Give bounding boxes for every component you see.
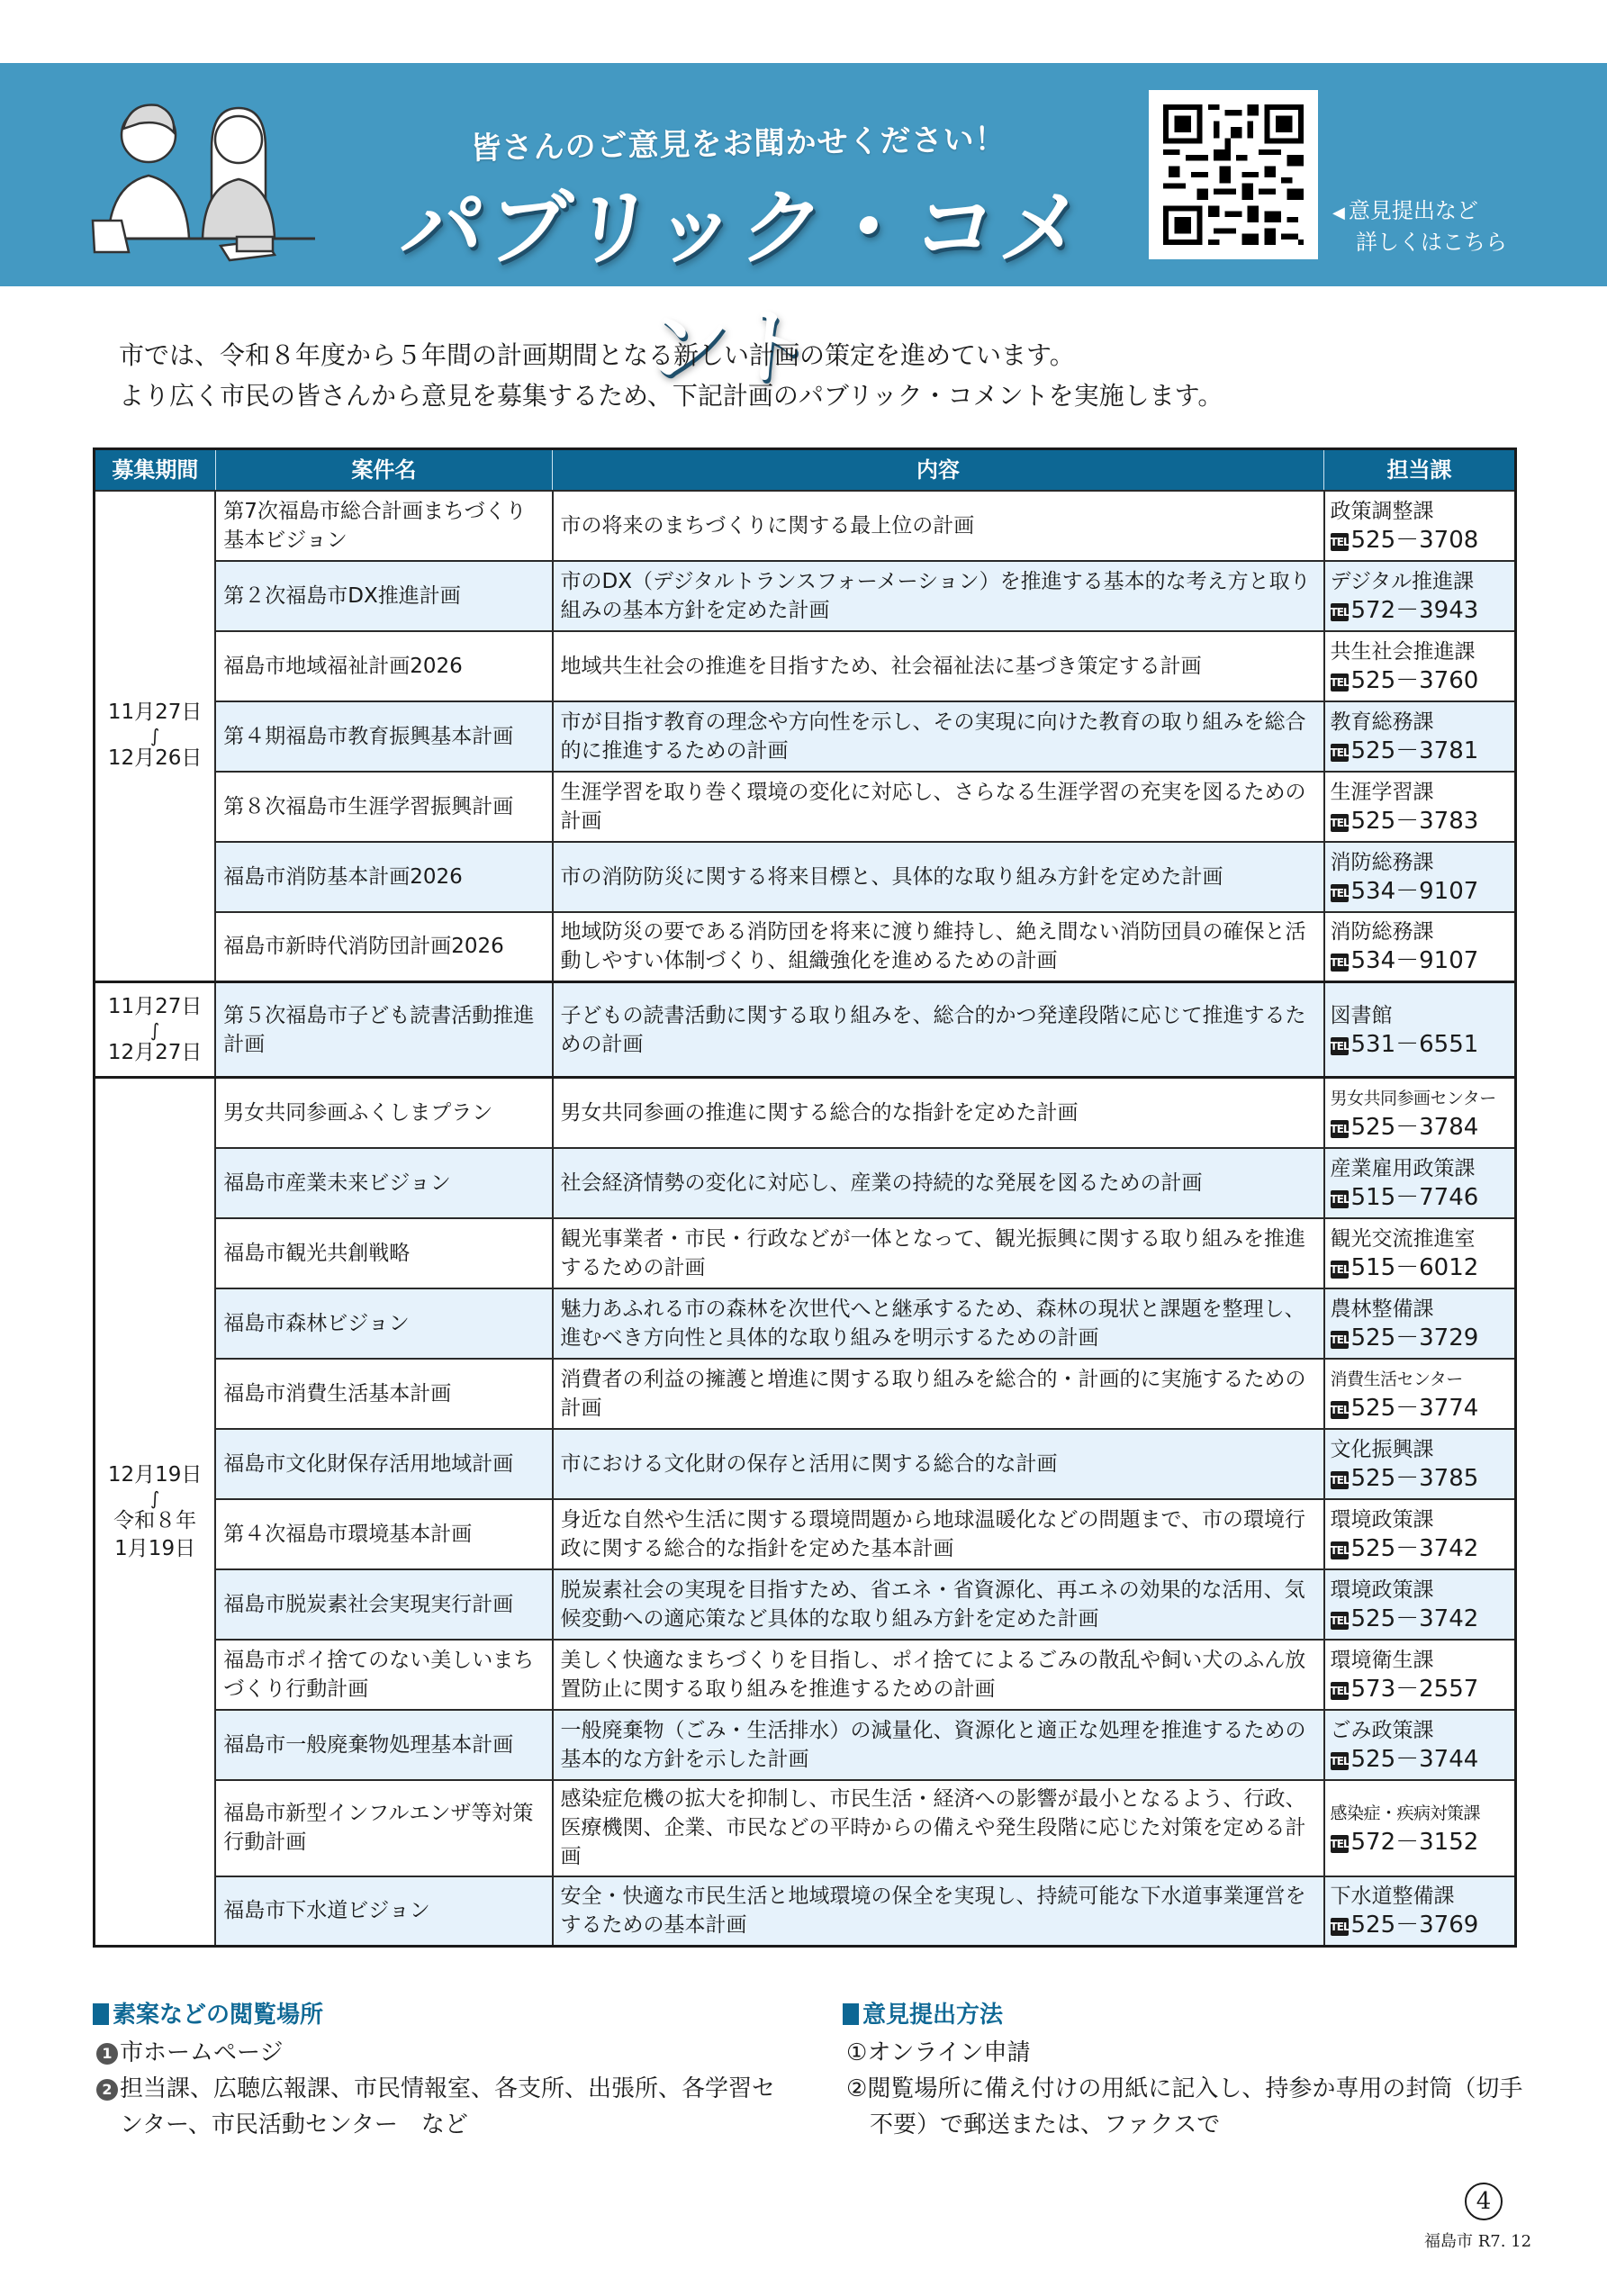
phone-number: 525－3742 [1351, 1535, 1479, 1562]
plan-name-cell: 福島市脱炭素社会実現実行計画 [215, 1569, 552, 1640]
period-end: 12月26日 [97, 745, 212, 773]
period-end-year: 令和８年 [97, 1507, 212, 1535]
department-name: 観光交流推進室 [1331, 1225, 1509, 1253]
department-cell: 教育総務課TEL525－3781 [1324, 701, 1516, 772]
qr-caption-line1: 意見提出など [1349, 198, 1478, 223]
telephone-icon: TEL [1331, 884, 1349, 902]
plan-name-cell: 福島市消防基本計画2026 [215, 842, 552, 912]
plan-content-cell: 社会経済情勢の変化に対応し、産業の持続的な発展を図るための計画 [553, 1148, 1324, 1218]
department-name: 男女共同参画センター [1331, 1084, 1509, 1113]
department-name: 政策調整課 [1331, 497, 1509, 526]
table-row: 第４期福島市教育振興基本計画市が目指す教育の理念や方向性を示し、その実現に向けた… [95, 701, 1516, 772]
table-row: 福島市観光共創戦略観光事業者・市民・行政などが一体となって、観光振興に関する取り… [95, 1218, 1516, 1288]
issue-label: 福島市 R7. 12 [1424, 2228, 1531, 2252]
department-cell: 生涯学習課TEL525－3783 [1324, 772, 1516, 842]
plan-content-cell: 安全・快適な市民生活と地域環境の保全を実現し、持続可能な下水道事業運営をするため… [553, 1876, 1324, 1947]
department-phone: TEL572－3152 [1331, 1828, 1509, 1857]
table-row: 福島市一般廃棄物処理基本計画一般廃棄物（ごみ・生活排水）の減量化、資源化と適正な… [95, 1710, 1516, 1780]
plan-name-cell: 福島市地域福祉計画2026 [215, 631, 552, 701]
department-phone: TEL572－3943 [1331, 596, 1509, 625]
phone-number: 525－3785 [1351, 1465, 1479, 1492]
period-end: 1月19日 [97, 1535, 212, 1563]
submission-item-1: ①オンライン申請 [843, 2035, 1545, 2071]
department-cell: 文化振興課TEL525－3785 [1324, 1429, 1516, 1499]
intro-text: 市では、令和８年度から５年間の計画期間となる新しい計画の策定を進めています。 よ… [119, 335, 1223, 416]
department-cell: 環境衛生課TEL573－2557 [1324, 1640, 1516, 1710]
phone-number: 515－7746 [1351, 1184, 1479, 1211]
period-cell: 11月27日∫12月26日 [95, 491, 216, 982]
department-phone: TEL525－3742 [1331, 1534, 1509, 1563]
plan-name-cell: 福島市下水道ビジョン [215, 1876, 552, 1947]
plan-name-cell: 第４次福島市環境基本計画 [215, 1499, 552, 1569]
plan-name-cell: 福島市森林ビジョン [215, 1288, 552, 1359]
intro-line-1: 市では、令和８年度から５年間の計画期間となる新しい計画の策定を進めています。 [119, 335, 1223, 375]
department-name: 生涯学習課 [1331, 778, 1509, 807]
column-header-department: 担当課 [1324, 449, 1516, 491]
department-cell: 環境政策課TEL525－3742 [1324, 1499, 1516, 1569]
telephone-icon: TEL [1331, 1120, 1349, 1138]
plan-name-cell: 福島市観光共創戦略 [215, 1218, 552, 1288]
table-row: 12月19日∫令和８年1月19日男女共同参画ふくしまプラン男女共同参画の推進に関… [95, 1078, 1516, 1148]
qr-code[interactable] [1149, 90, 1318, 259]
department-phone: TEL525－3769 [1331, 1911, 1509, 1939]
qr-caption: ◀意見提出など 詳しくはこちら [1332, 196, 1507, 257]
department-cell: 観光交流推進室TEL515－6012 [1324, 1218, 1516, 1288]
viewing-item-1: 1市ホームページ [93, 2035, 795, 2071]
department-name: 文化振興課 [1331, 1435, 1509, 1464]
table-row: 福島市森林ビジョン魅力あふれる市の森林を次世代へと継承するため、森林の現状と課題… [95, 1288, 1516, 1359]
plan-name-cell: 第５次福島市子ども読書活動推進計画 [215, 982, 552, 1078]
phone-number: 534－9107 [1351, 947, 1479, 974]
column-header-period: 募集期間 [95, 449, 216, 491]
left-arrow-icon: ◀ [1332, 203, 1345, 222]
square-bullet-icon [843, 2003, 859, 2025]
plan-content-cell: 男女共同参画の推進に関する総合的な指針を定めた計画 [553, 1078, 1324, 1148]
telephone-icon: TEL [1331, 1612, 1349, 1630]
square-bullet-icon [93, 2003, 109, 2025]
plan-content-cell: 感染症危機の拡大を抑制し、市民生活・経済への影響が最小となるよう、行政、医療機関… [553, 1780, 1324, 1876]
department-phone: TEL525－3785 [1331, 1464, 1509, 1493]
column-header-name: 案件名 [215, 449, 552, 491]
telephone-icon: TEL [1331, 1918, 1349, 1936]
table-row: 福島市ポイ捨てのない美しいまちづくり行動計画美しく快適なまちづくりを目指し、ポイ… [95, 1640, 1516, 1710]
department-phone: TEL525－3708 [1331, 526, 1509, 555]
plan-name-cell: 福島市文化財保存活用地域計画 [215, 1429, 552, 1499]
department-phone: TEL525－3760 [1331, 666, 1509, 695]
table-row: 福島市下水道ビジョン安全・快適な市民生活と地域環境の保全を実現し、持続可能な下水… [95, 1876, 1516, 1947]
table-row: 11月27日∫12月26日第7次福島市総合計画まちづくり基本ビジョン市の将来のま… [95, 491, 1516, 561]
phone-number: 515－6012 [1351, 1254, 1479, 1281]
telephone-icon: TEL [1331, 1835, 1349, 1853]
phone-number: 525－3783 [1351, 808, 1479, 835]
plan-content-cell: 市における文化財の保存と活用に関する総合的な計画 [553, 1429, 1324, 1499]
table-body: 11月27日∫12月26日第7次福島市総合計画まちづくり基本ビジョン市の将来のま… [95, 491, 1516, 1947]
public-comment-table: 募集期間 案件名 内容 担当課 11月27日∫12月26日第7次福島市総合計画ま… [93, 447, 1517, 1948]
phone-number: 572－3152 [1351, 1829, 1479, 1856]
phone-number: 525－3742 [1351, 1605, 1479, 1632]
department-phone: TEL525－3783 [1331, 807, 1509, 836]
range-mark-icon: ∫ [97, 1489, 212, 1507]
telephone-icon: TEL [1331, 1541, 1349, 1559]
viewing-item-2: 2担当課、広聴広報課、市民情報室、各支所、出張所、各学習センター、市民活動センタ… [93, 2071, 795, 2143]
plan-content-cell: 市の消防防災に関する将来目標と、具体的な取り組み方針を定めた計画 [553, 842, 1324, 912]
period-cell: 11月27日∫12月27日 [95, 982, 216, 1078]
qr-code-icon [1163, 104, 1304, 245]
table-row: 福島市産業未来ビジョン社会経済情勢の変化に対応し、産業の持続的な発展を図るための… [95, 1148, 1516, 1218]
period-end: 12月27日 [97, 1039, 212, 1067]
plan-content-cell: 市の将来のまちづくりに関する最上位の計画 [553, 491, 1324, 561]
department-cell: 産業雇用政策課TEL515－7746 [1324, 1148, 1516, 1218]
phone-number: 573－2557 [1351, 1676, 1479, 1703]
submission-item-2: ②閲覧場所に備え付けの用紙に記入し、持参か専用の封筒（切手不要）で郵送または、フ… [843, 2071, 1545, 2143]
table-row: 福島市消費生活基本計画消費者の利益の擁護と増進に関する取り組みを総合的・計画的に… [95, 1359, 1516, 1429]
telephone-icon: TEL [1331, 1682, 1349, 1700]
department-cell: 感染症・疾病対策課TEL572－3152 [1324, 1780, 1516, 1876]
department-name: 図書館 [1331, 1001, 1509, 1030]
period-start: 11月27日 [97, 699, 212, 727]
page-number: 4 [1465, 2183, 1503, 2220]
department-cell: 共生社会推進課TEL525－3760 [1324, 631, 1516, 701]
table-row: 福島市地域福祉計画2026地域共生社会の推進を目指すため、社会福祉法に基づき策定… [95, 631, 1516, 701]
telephone-icon: TEL [1331, 1331, 1349, 1349]
period-cell: 12月19日∫令和８年1月19日 [95, 1078, 216, 1947]
department-name: 環境政策課 [1331, 1576, 1509, 1604]
plan-name-cell: 福島市消費生活基本計画 [215, 1359, 552, 1429]
department-phone: TEL534－9107 [1331, 946, 1509, 975]
department-name: 消防総務課 [1331, 848, 1509, 877]
phone-number: 525－3784 [1351, 1114, 1479, 1141]
header-banner: 皆さんのご意見をお聞かせください！ パブリック・コメント ◀意 [0, 63, 1607, 286]
telephone-icon: TEL [1331, 954, 1349, 972]
department-cell: 政策調整課TEL525－3708 [1324, 491, 1516, 561]
department-cell: 農林整備課TEL525－3729 [1324, 1288, 1516, 1359]
qr-caption-line2: 詳しくはこちら [1332, 228, 1507, 257]
plan-name-cell: 福島市新時代消防団計画2026 [215, 912, 552, 982]
plan-name-cell: 第８次福島市生涯学習振興計画 [215, 772, 552, 842]
department-phone: TEL573－2557 [1331, 1675, 1509, 1704]
department-cell: 環境政策課TEL525－3742 [1324, 1569, 1516, 1640]
telephone-icon: TEL [1331, 1261, 1349, 1279]
department-cell: 男女共同参画センターTEL525－3784 [1324, 1078, 1516, 1148]
table-row: 第４次福島市環境基本計画身近な自然や生活に関する環境問題から地球温暖化などの問題… [95, 1499, 1516, 1569]
submission-heading: 意見提出方法 [843, 1997, 1545, 2033]
number-badge-icon: 2 [96, 2079, 118, 2101]
plan-name-cell: 男女共同参画ふくしまプラン [215, 1078, 552, 1148]
table-row: 第２次福島市DX推進計画市のDX（デジタルトランスフォーメーション）を推進する基… [95, 561, 1516, 631]
department-cell: 消防総務課TEL534－9107 [1324, 842, 1516, 912]
table-row: 11月27日∫12月27日第５次福島市子ども読書活動推進計画子どもの読書活動に関… [95, 982, 1516, 1078]
department-name: 消防総務課 [1331, 917, 1509, 946]
telephone-icon: TEL [1331, 533, 1349, 551]
phone-number: 534－9107 [1351, 878, 1479, 905]
plan-content-cell: 脱炭素社会の実現を目指すため、省エネ・省資源化、再エネの効果的な活用、気候変動へ… [553, 1569, 1324, 1640]
telephone-icon: TEL [1331, 1471, 1349, 1489]
department-phone: TEL515－7746 [1331, 1183, 1509, 1212]
plan-content-cell: 地域防災の要である消防団を将来に渡り維持し、絶え間ない消防団員の確保と活動しやす… [553, 912, 1324, 982]
table-row: 第８次福島市生涯学習振興計画生涯学習を取り巻く環境の変化に対応し、さらなる生涯学… [95, 772, 1516, 842]
department-name: 共生社会推進課 [1331, 637, 1509, 666]
department-name: 教育総務課 [1331, 708, 1509, 737]
plan-content-cell: 一般廃棄物（ごみ・生活排水）の減量化、資源化と適正な処理を推進するための基本的な… [553, 1710, 1324, 1780]
department-phone: TEL515－6012 [1331, 1253, 1509, 1282]
department-name: デジタル推進課 [1331, 567, 1509, 596]
plan-content-cell: 地域共生社会の推進を目指すため、社会福祉法に基づき策定する計画 [553, 631, 1324, 701]
phone-number: 525－3729 [1351, 1324, 1479, 1351]
submission-methods-section: 意見提出方法 ①オンライン申請 ②閲覧場所に備え付けの用紙に記入し、持参か専用の… [843, 1997, 1545, 2143]
plan-name-cell: 福島市産業未来ビジョン [215, 1148, 552, 1218]
department-cell: デジタル推進課TEL572－3943 [1324, 561, 1516, 631]
department-name: 環境衛生課 [1331, 1646, 1509, 1675]
plan-content-cell: 市が目指す教育の理念や方向性を示し、その実現に向けた教育の取り組みを総合的に推進… [553, 701, 1324, 772]
plan-content-cell: 身近な自然や生活に関する環境問題から地球温暖化などの問題まで、市の環境行政に関す… [553, 1499, 1324, 1569]
table-row: 福島市新時代消防団計画2026地域防災の要である消防団を将来に渡り維持し、絶え間… [95, 912, 1516, 982]
department-name: 環境政策課 [1331, 1505, 1509, 1534]
department-phone: TEL534－9107 [1331, 877, 1509, 906]
number-badge-icon: 1 [96, 2043, 118, 2065]
phone-number: 572－3943 [1351, 597, 1479, 624]
department-phone: TEL531－6551 [1331, 1030, 1509, 1059]
table-row: 福島市脱炭素社会実現実行計画脱炭素社会の実現を目指すため、省エネ・省資源化、再エ… [95, 1569, 1516, 1640]
plan-name-cell: 第7次福島市総合計画まちづくり基本ビジョン [215, 491, 552, 561]
department-cell: 図書館TEL531－6551 [1324, 982, 1516, 1078]
department-cell: 下水道整備課TEL525－3769 [1324, 1876, 1516, 1947]
plan-content-cell: 生涯学習を取り巻く環境の変化に対応し、さらなる生涯学習の充実を図るための計画 [553, 772, 1324, 842]
phone-number: 525－3708 [1351, 527, 1479, 554]
phone-number: 525－3769 [1351, 1912, 1479, 1939]
plan-name-cell: 福島市新型インフルエンザ等対策行動計画 [215, 1780, 552, 1876]
period-start: 11月27日 [97, 993, 212, 1021]
range-mark-icon: ∫ [97, 1021, 212, 1039]
department-cell: 消費生活センターTEL525－3774 [1324, 1359, 1516, 1429]
department-cell: 消防総務課TEL534－9107 [1324, 912, 1516, 982]
phone-number: 525－3744 [1351, 1746, 1479, 1773]
people-discussion-illustration [86, 86, 320, 266]
department-name: 農林整備課 [1331, 1295, 1509, 1324]
department-phone: TEL525－3744 [1331, 1745, 1509, 1774]
department-name: 消費生活センター [1331, 1365, 1509, 1394]
telephone-icon: TEL [1331, 1752, 1349, 1770]
plan-name-cell: 第４期福島市教育振興基本計画 [215, 701, 552, 772]
table-row: 福島市文化財保存活用地域計画市における文化財の保存と活用に関する総合的な計画文化… [95, 1429, 1516, 1499]
department-phone: TEL525－3781 [1331, 737, 1509, 765]
phone-number: 525－3781 [1351, 737, 1479, 764]
department-phone: TEL525－3774 [1331, 1394, 1509, 1423]
plan-name-cell: 第２次福島市DX推進計画 [215, 561, 552, 631]
department-name: 感染症・疾病対策課 [1331, 1799, 1509, 1828]
plan-content-cell: 市のDX（デジタルトランスフォーメーション）を推進する基本的な考え方と取り組みの… [553, 561, 1324, 631]
telephone-icon: TEL [1331, 603, 1349, 621]
department-phone: TEL525－3784 [1331, 1113, 1509, 1142]
plan-content-cell: 消費者の利益の擁護と増進に関する取り組みを総合的・計画的に実施するための計画 [553, 1359, 1324, 1429]
phone-number: 531－6551 [1351, 1031, 1479, 1058]
intro-line-2: より広く市民の皆さんから意見を募集するため、下記計画のパブリック・コメントを実施… [119, 375, 1223, 416]
viewing-heading: 素案などの閲覧場所 [93, 1997, 795, 2033]
plan-content-cell: 魅力あふれる市の森林を次世代へと継承するため、森林の現状と課題を整理し、進むべき… [553, 1288, 1324, 1359]
telephone-icon: TEL [1331, 1401, 1349, 1419]
department-phone: TEL525－3742 [1331, 1604, 1509, 1633]
department-name: 下水道整備課 [1331, 1882, 1509, 1911]
column-header-content: 内容 [553, 449, 1324, 491]
phone-number: 525－3774 [1351, 1395, 1479, 1422]
viewing-locations-section: 素案などの閲覧場所 1市ホームページ 2担当課、広聴広報課、市民情報室、各支所、… [93, 1997, 795, 2143]
plan-name-cell: 福島市一般廃棄物処理基本計画 [215, 1710, 552, 1780]
department-name: 産業雇用政策課 [1331, 1154, 1509, 1183]
range-mark-icon: ∫ [97, 727, 212, 745]
phone-number: 525－3760 [1351, 667, 1479, 694]
telephone-icon: TEL [1331, 1190, 1349, 1208]
telephone-icon: TEL [1331, 744, 1349, 762]
banner-subtitle: 皆さんのご意見をお聞かせください！ [459, 114, 1018, 168]
table-header-row: 募集期間 案件名 内容 担当課 [95, 449, 1516, 491]
plan-name-cell: 福島市ポイ捨てのない美しいまちづくり行動計画 [215, 1640, 552, 1710]
department-name: ごみ政策課 [1331, 1716, 1509, 1745]
telephone-icon: TEL [1331, 1037, 1349, 1055]
plan-content-cell: 観光事業者・市民・行政などが一体となって、観光振興に関する取り組みを推進するため… [553, 1218, 1324, 1288]
table-row: 福島市新型インフルエンザ等対策行動計画感染症危機の拡大を抑制し、市民生活・経済へ… [95, 1780, 1516, 1876]
table-row: 福島市消防基本計画2026市の消防防災に関する将来目標と、具体的な取り組み方針を… [95, 842, 1516, 912]
plan-content-cell: 子どもの読書活動に関する取り組みを、総合的かつ発達段階に応じて推進するための計画 [553, 982, 1324, 1078]
plan-content-cell: 美しく快適なまちづくりを目指し、ポイ捨てによるごみの散乱や飼い犬のふん放置防止に… [553, 1640, 1324, 1710]
telephone-icon: TEL [1331, 673, 1349, 692]
telephone-icon: TEL [1331, 814, 1349, 832]
department-phone: TEL525－3729 [1331, 1324, 1509, 1352]
period-start: 12月19日 [97, 1461, 212, 1489]
department-cell: ごみ政策課TEL525－3744 [1324, 1710, 1516, 1780]
